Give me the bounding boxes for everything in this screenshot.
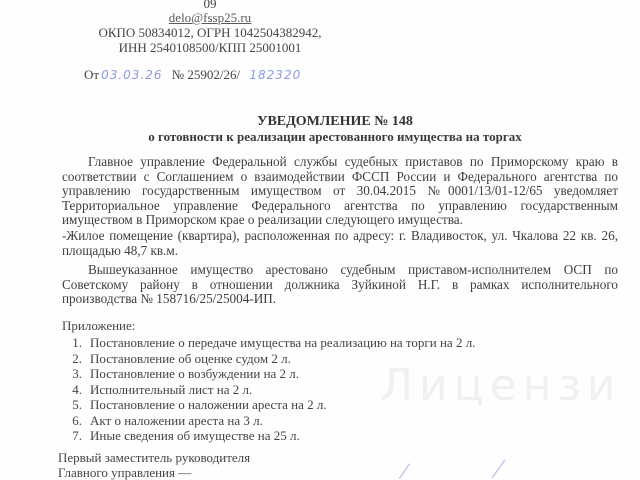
paragraph-line: Вышеуказанное имущество арестовано судеб… — [62, 263, 618, 278]
handwritten-number: 182320 — [249, 68, 301, 82]
paragraph-arrest: Вышеуказанное имущество арестовано судеб… — [62, 263, 618, 307]
attachment-item: 1.Постановление о передаче имущества на … — [60, 335, 475, 351]
from-line: От03.03.26 № 25902/26/ 182320 — [84, 67, 301, 83]
attachment-item: 4.Исполнительный лист на 2 л. — [60, 382, 475, 398]
attachment-item: 5.Постановление о наложении ареста на 2 … — [60, 397, 475, 413]
signer-title-line2: Главного управления — — [58, 465, 191, 480]
okpo-ogrn-line: ОКПО 50834012, ОГРН 1042504382942, — [60, 25, 360, 41]
paragraph-line: Советскому району в отношении должника З… — [62, 278, 618, 293]
document-subtitle: о готовности к реализации арестованного … — [110, 129, 560, 145]
paragraph-line: управлению государственным имуществом от… — [62, 184, 618, 199]
attachment-item: 3.Постановление о возбуждении на 2 л. — [60, 366, 475, 382]
signer-title-line1: Первый заместитель руководителя — [58, 450, 250, 466]
from-label: От — [84, 67, 99, 82]
attachment-item: 2.Постановление об оценке судом 2 л. — [60, 351, 475, 367]
paragraph-line: Территориальное управление Федерального … — [62, 199, 618, 214]
document-title: УВЕДОМЛЕНИЕ № 148 — [130, 114, 540, 130]
inn-kpp-line: ИНН 2540108500/КПП 25001001 — [60, 40, 360, 56]
paragraph-property: -Жилое помещение (квартира), расположенн… — [62, 229, 618, 258]
email-link[interactable]: delo@fssp25.ru — [150, 10, 270, 26]
handwritten-date: 03.03.26 — [101, 68, 162, 82]
paragraph-line: площадью 48,7 кв.м. — [62, 244, 618, 259]
paragraph-line: Главное управление Федеральной службы су… — [62, 155, 618, 170]
outgoing-number: № 25902/26/ — [172, 67, 240, 82]
paragraph-line: соответствии с Соглашением о взаимодейст… — [62, 170, 618, 185]
attachment-item: 7.Иные сведения об имуществе на 25 л. — [60, 428, 475, 444]
attachment-item: 6.Акт о наложении ареста на 3 л. — [60, 413, 475, 429]
paragraph-line: имуществом в Приморском крае о реализаци… — [62, 213, 618, 228]
attachments-list: 1.Постановление о передаче имущества на … — [60, 335, 475, 444]
attachments-heading: Приложение: — [62, 318, 135, 334]
paragraph-main-notice: Главное управление Федеральной службы су… — [62, 155, 618, 228]
paragraph-line: производства № 158716/25/25004-ИП. — [62, 292, 618, 307]
document-page: 09 delo@fssp25.ru ОКПО 50834012, ОГРН 10… — [0, 0, 640, 480]
paragraph-line: -Жилое помещение (квартира), расположенн… — [62, 229, 618, 244]
